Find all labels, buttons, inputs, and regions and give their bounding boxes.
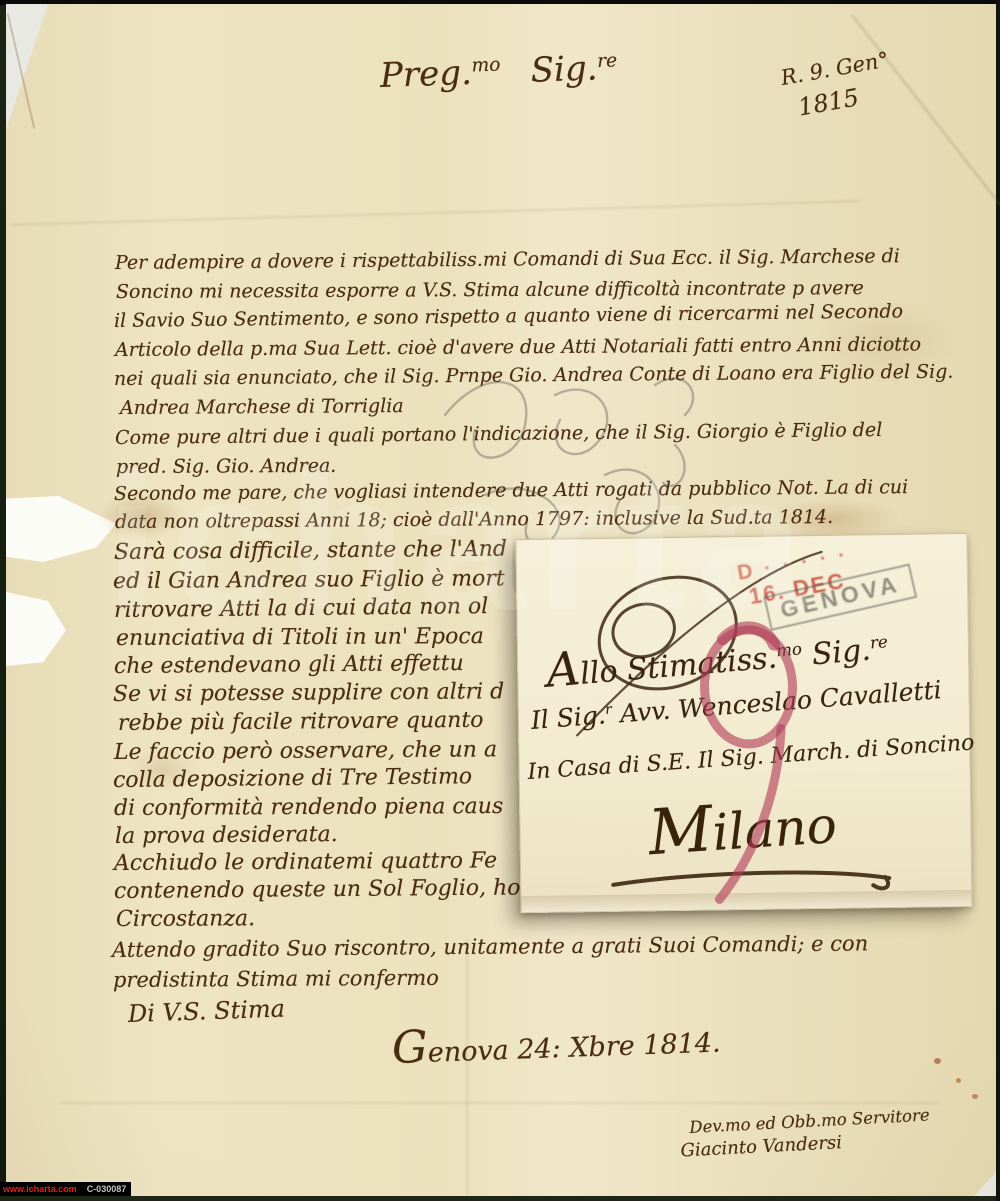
manuscript-line: ed il Gian Andrea suo Figlio è mort (113, 566, 505, 594)
manuscript-line: Le faccio però osservare, che un a (114, 737, 497, 765)
salutation: Preg.moSig.re (379, 48, 618, 96)
manuscript-line: ritrovare Atti la di cui data non ol (114, 594, 488, 623)
manuscript-line: Se vi si potesse supplire con altri d (113, 679, 504, 707)
salutation-word: Preg. (379, 53, 472, 96)
envelope-ink-marks (516, 534, 971, 912)
manuscript-line: Circostanza. (116, 906, 255, 932)
salutation-superscript: mo (471, 54, 501, 76)
salutation-word: Sig. (530, 48, 598, 90)
catalog-id-bar: www.icharta.com C-030087 (0, 1182, 131, 1196)
manuscript-line: che estendevano gli Atti effettu (114, 651, 464, 679)
scan-edge-right (996, 0, 1000, 1201)
scanned-letter-page: Preg.moSig.re R. 9. Gen° 1815 Per adempi… (0, 0, 1000, 1201)
salutation-superscript: re (597, 50, 618, 72)
manuscript-line: la prova desiderata. (115, 822, 338, 849)
valediction: Di V.S. Stima (128, 995, 286, 1028)
rust-speck (956, 1078, 961, 1083)
envelope-overlay: D · · · · · 16. DEC GENOVA Allo Stimatis… (515, 533, 972, 913)
manuscript-line: rebbe più facile ritrovare quanto (118, 708, 484, 736)
manuscript-line: enunciativa di Titoli in un' Epoca (116, 624, 484, 651)
rust-speck (972, 1094, 978, 1099)
manuscript-line: Soncino mi necessita esporre a V.S. Stim… (116, 277, 864, 303)
manuscript-line: pred. Sig. Gio. Andrea. (116, 455, 336, 478)
manuscript-line: di conformità rendendo piena caus (114, 794, 503, 821)
catalog-site-url: www.icharta.com (3, 1184, 77, 1194)
postage-due-9 (704, 627, 796, 900)
manuscript-line: Sarà cosa difficile, stante che l'And (114, 537, 507, 565)
scan-edge-left (0, 0, 7, 1201)
rust-speck (934, 1058, 941, 1064)
manuscript-line: contenendo queste un Sol Foglio, ho (114, 875, 521, 904)
manuscript-line: Andrea Marchese di Torriglia (120, 395, 404, 419)
manuscript-line: predistinta Stima mi confermo (113, 966, 439, 992)
manuscript-line: colla deposizione di Tre Testimo (113, 764, 472, 793)
catalog-item-code: C-030087 (87, 1184, 127, 1194)
manuscript-line: Acchiudo le ordinatemi quattro Fe (114, 848, 497, 876)
